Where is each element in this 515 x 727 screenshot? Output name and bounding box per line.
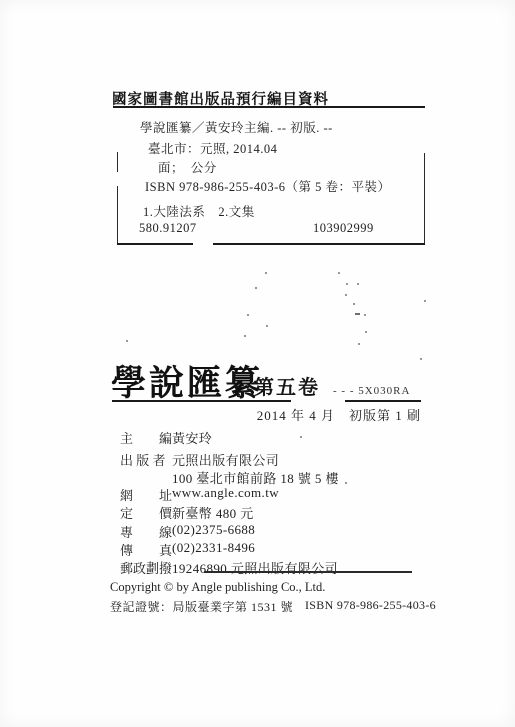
cip-header-underline xyxy=(113,106,425,108)
info-value-website: www.angle.com.tw xyxy=(172,485,279,501)
cip-box-bottom-border-segment xyxy=(117,243,193,245)
edition-date: 2014 年 4 月 初版第 1 刷 xyxy=(257,405,421,424)
scan-noise-dot xyxy=(266,325,268,327)
scan-noise-dot xyxy=(358,343,360,345)
cip-box-left-border-segment xyxy=(117,152,118,172)
scan-noise-dot xyxy=(265,272,267,274)
cip-subject-headings: 1.大陸法系 2.文集 xyxy=(143,202,255,220)
copyright-notice: Copyright © by Angle publishing Co., Ltd… xyxy=(110,580,325,595)
cip-collation: 面； 公分 xyxy=(158,158,217,176)
book-title: 學說匯纂 xyxy=(111,356,263,406)
info-label-fax: 傳 真 xyxy=(120,540,176,559)
product-code: - - - 5X030RA xyxy=(333,385,410,397)
info-label-editor: 主 編 xyxy=(120,428,176,447)
isbn-footer: ISBN 978-986-255-403-6 xyxy=(305,598,436,613)
scan-noise-dot xyxy=(247,314,249,316)
info-label-website: 網 址 xyxy=(120,485,176,504)
info-value-price: 新臺幣 480 元 xyxy=(172,503,254,522)
info-label-publisher: 出 版 者 xyxy=(120,450,176,469)
scan-noise-dot xyxy=(244,335,246,337)
cip-box-left-border-segment xyxy=(117,186,118,245)
cip-box-right-border-segment xyxy=(424,153,425,245)
scan-noise-dot xyxy=(357,283,359,285)
footer-divider-rule xyxy=(204,571,412,573)
scan-noise-dot xyxy=(345,294,347,296)
scan-noise-dot xyxy=(126,340,128,342)
scan-noise-dot xyxy=(338,272,340,274)
cip-isbn-line: ISBN 978-986-255-403-6（第 5 卷：平裝） xyxy=(145,177,391,195)
info-label-hotline: 專 線 xyxy=(120,522,176,541)
scan-noise-dot xyxy=(365,331,367,333)
scan-noise-dot xyxy=(420,358,422,360)
info-value-editor: 黃安玲 xyxy=(172,428,212,447)
title-underline-segment xyxy=(112,400,291,402)
info-label-price: 定 價 xyxy=(120,503,176,522)
registration-number: 登記證號：局版臺業字第 1531 號 xyxy=(110,598,293,615)
scan-noise-dot xyxy=(300,436,302,438)
cip-box-bottom-border-segment xyxy=(213,243,425,245)
cip-record-number: 103902999 xyxy=(313,221,374,236)
scan-noise-dot xyxy=(424,300,426,302)
scan-noise-dash xyxy=(355,313,360,315)
scan-noise-dot xyxy=(364,314,366,316)
book-volume-label: 第五卷 xyxy=(254,371,320,400)
info-label-postal-transfer: 郵政劃撥 xyxy=(120,558,176,577)
scanned-colophon-page: 國家圖書館出版品預行編目資料 學說匯纂／黃安玲主編. -- 初版. -- 臺北市… xyxy=(0,0,515,727)
cip-imprint: 臺北市：元照, 2014.04 xyxy=(148,139,277,157)
cip-classification-number: 580.91207 xyxy=(139,221,197,236)
scan-noise-dot xyxy=(346,283,348,285)
scan-noise-dot xyxy=(353,303,355,305)
info-value-postal-transfer: 19246890 元照出版有限公司 xyxy=(172,558,338,577)
title-underline-segment xyxy=(345,400,421,402)
scan-noise-dot xyxy=(345,482,347,484)
info-value-fax: (02)2331-8496 xyxy=(172,540,255,556)
cip-title-statement: 學說匯纂／黃安玲主編. -- 初版. -- xyxy=(140,118,333,136)
info-value-publisher: 元照出版有限公司 xyxy=(172,450,279,469)
scan-noise-dot xyxy=(255,287,257,289)
info-value-hotline: (02)2375-6688 xyxy=(172,522,255,538)
